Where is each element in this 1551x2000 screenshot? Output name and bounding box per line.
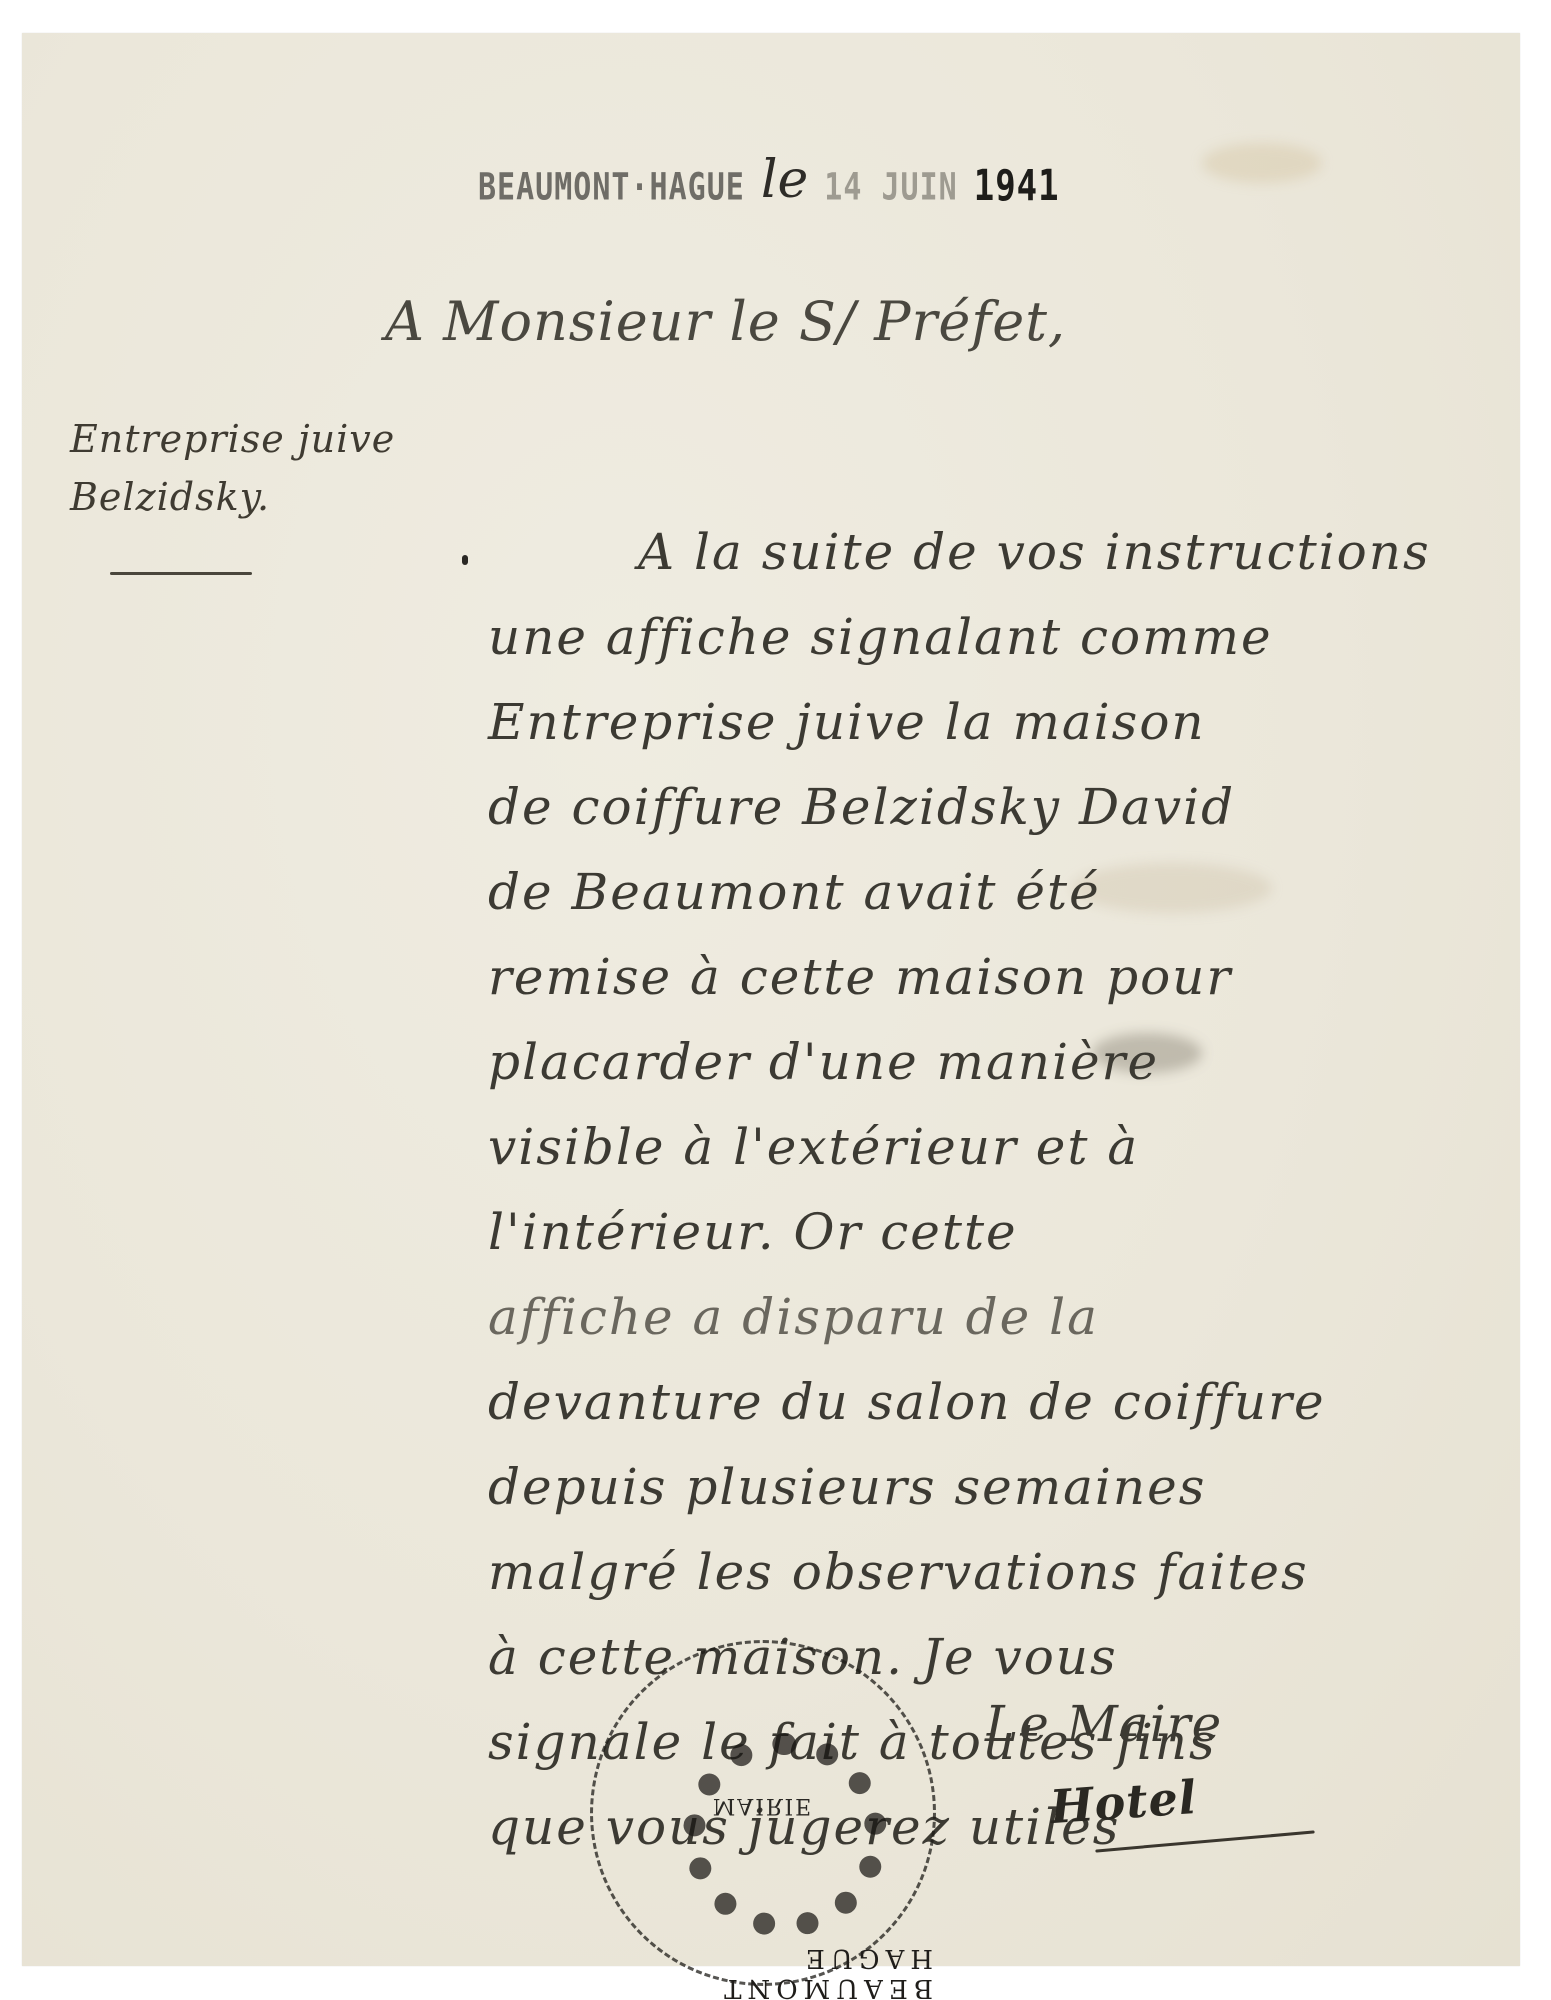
body-line: affiche a disparu de la (488, 1275, 1528, 1360)
body-line: devanture du salon de coiffure (488, 1360, 1528, 1445)
body-line: de coiffure Belzidsky David (488, 765, 1528, 850)
body-line: remise à cette maison pour (488, 935, 1528, 1020)
body-line: placarder d'une manière (488, 1020, 1528, 1105)
margin-note: Entreprise juive Belzidsky. (70, 410, 395, 526)
body-line: une affiche signalant comme (488, 595, 1528, 680)
body-line: A la suite de vos instructions (488, 510, 1528, 595)
margin-note-line-2: Belzidsky. (70, 475, 270, 519)
wreath-icon (683, 1733, 887, 1937)
closing-title: Le Maire (985, 1695, 1222, 1753)
salutation: A Monsieur le S/ Préfet, (385, 290, 1066, 353)
letter-body: A la suite de vos instructions une affic… (488, 510, 1528, 1870)
seal-center-text: MAIRIE (593, 1793, 933, 1818)
body-line: Entreprise juive la maison (488, 680, 1528, 765)
date-stamp: 14 JUIN (824, 166, 957, 210)
date-stamp-header: BEAUMONT·HAGUE le 14 JUIN 1941 (478, 150, 1060, 210)
signature: Hotel (1048, 1770, 1199, 1834)
seal-ring-text: BEAUMONT HAGUE (693, 1943, 933, 2000)
margin-note-underline (110, 572, 252, 575)
body-line: depuis plusieurs semaines (488, 1445, 1528, 1530)
date-prefix: le (761, 150, 808, 210)
body-line: l'intérieur. Or cette (488, 1190, 1528, 1275)
place-stamp: BEAUMONT·HAGUE (478, 166, 745, 210)
body-line: de Beaumont avait été (488, 850, 1528, 935)
body-line: visible à l'extérieur et à (488, 1105, 1528, 1190)
body-line: malgré les observations faites (488, 1530, 1528, 1615)
year-stamp: 1941 (974, 161, 1060, 211)
margin-note-line-1: Entreprise juive (70, 417, 395, 461)
paper-stain (1202, 143, 1322, 183)
mairie-seal-stamp: MAIRIE BEAUMONT HAGUE (590, 1640, 936, 1986)
ink-dot (462, 555, 468, 565)
